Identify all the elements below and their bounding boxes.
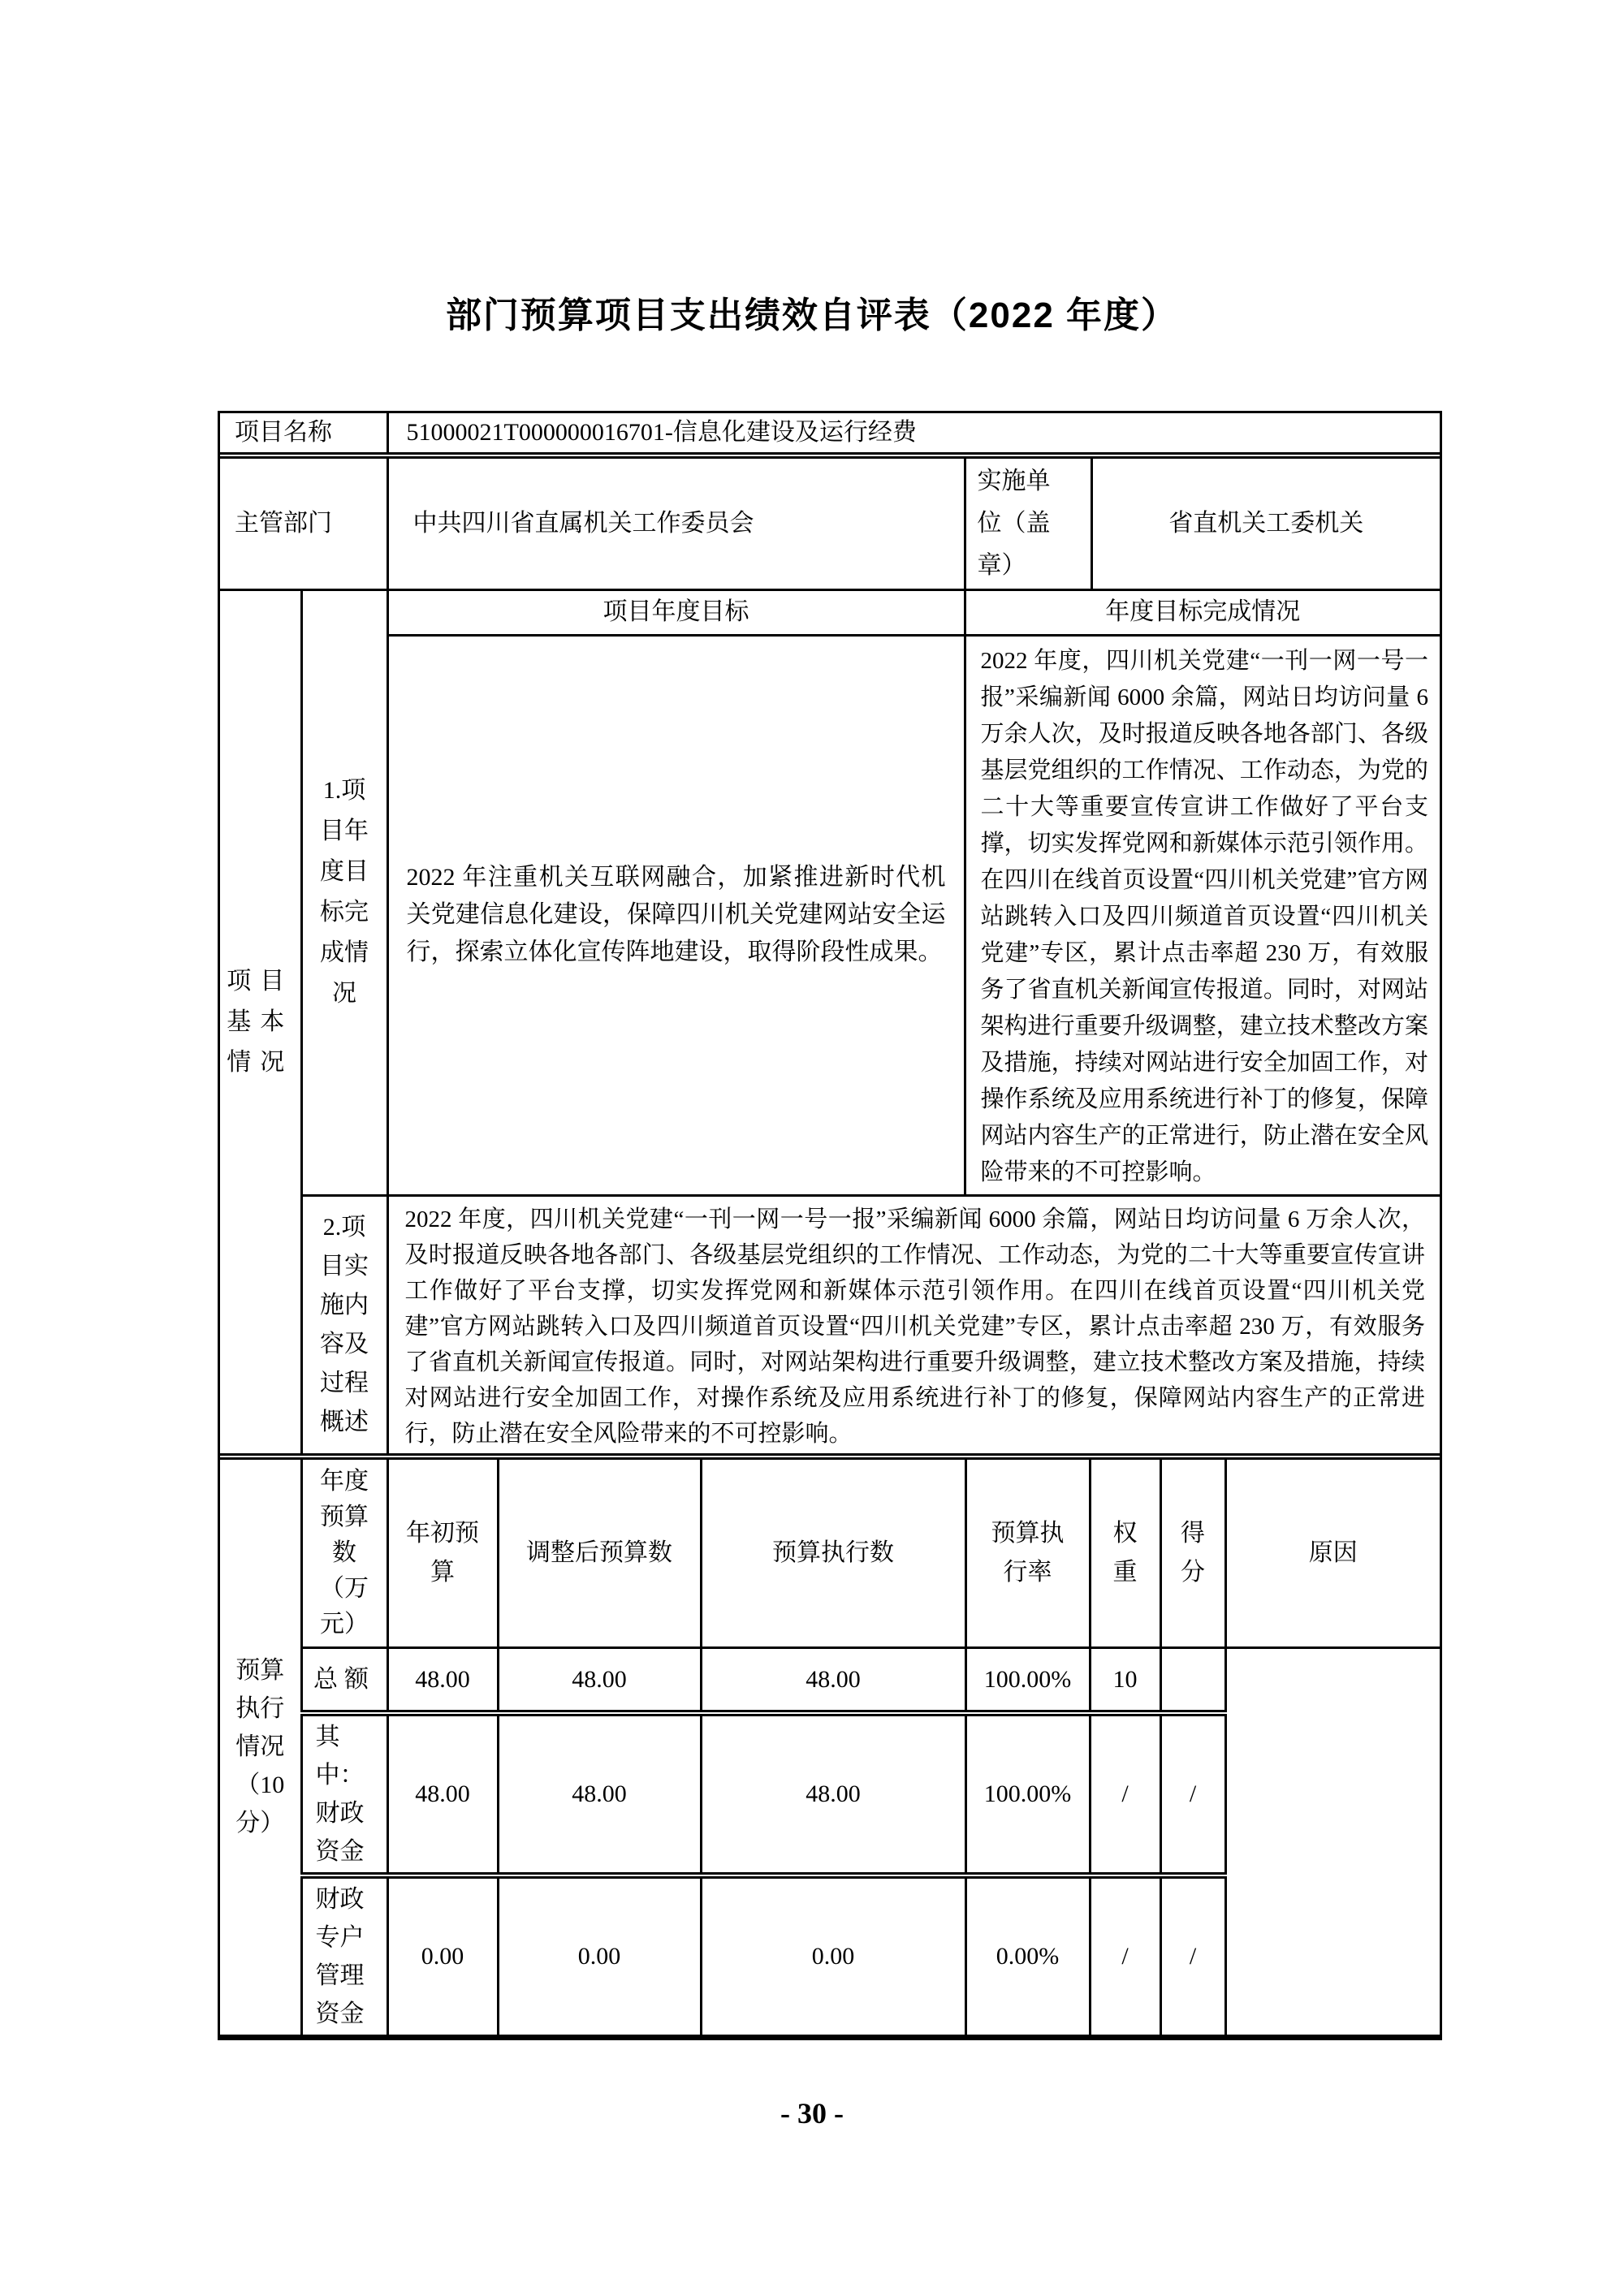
table-row: 项目名称 51000021T000000016701-信息化建设及运行经费 bbox=[220, 413, 1440, 455]
initial-budget-header: 年初预 算 bbox=[387, 1460, 498, 1648]
budget-header-row: 预算 执行 情况 （10 分） 年度 预算 数 （万 元） 年初预 算 调整后预… bbox=[220, 1460, 1440, 1648]
adjusted-budget-header: 调整后预算数 bbox=[498, 1460, 701, 1648]
score-value bbox=[1160, 1648, 1225, 1713]
initial-value: 0.00 bbox=[387, 1875, 498, 2035]
document-page: 部门预算项目支出绩效自评表（2022 年度） 项目名称 51000021T000… bbox=[0, 0, 1624, 2296]
budget-section-label: 预算 执行 情况 （10 分） bbox=[220, 1460, 301, 2035]
table-row: 主管部门 中共四川省直属机关工作委员会 实施单 位（盖 章） 省直机关工委机关 bbox=[220, 455, 1440, 589]
adjusted-value: 48.00 bbox=[498, 1713, 701, 1875]
impl-unit-value: 省直机关工委机关 bbox=[1091, 455, 1440, 589]
rate-value: 100.00% bbox=[965, 1713, 1090, 1875]
score-value: / bbox=[1160, 1875, 1225, 2035]
rate-value: 0.00% bbox=[965, 1875, 1090, 2035]
executed-value: 0.00 bbox=[701, 1875, 965, 2035]
project-name-label: 项目名称 bbox=[220, 413, 387, 455]
rate-value: 100.00% bbox=[965, 1648, 1090, 1713]
table-row: 2022 年注重机关互联网融合，加紧推进新时代机关党建信息化建设，保障四川机关党… bbox=[220, 635, 1440, 1195]
initial-value: 48.00 bbox=[387, 1648, 498, 1713]
adjusted-value: 0.00 bbox=[498, 1875, 701, 2035]
execution-rate-header: 预算执 行率 bbox=[965, 1460, 1090, 1648]
adjusted-value: 48.00 bbox=[498, 1648, 701, 1713]
budget-table: 预算 执行 情况 （10 分） 年度 预算 数 （万 元） 年初预 算 调整后预… bbox=[220, 1460, 1440, 2035]
page-title: 部门预算项目支出绩效自评表（2022 年度） bbox=[0, 286, 1624, 338]
annual-goal-text: 2022 年注重机关互联网融合，加紧推进新时代机关党建信息化建设，保障四川机关党… bbox=[387, 635, 965, 1195]
basic-info-table: 项目 基本 情况 1.项 目年 度目 标完 成情 况 项目年度目标 年度目标完成… bbox=[220, 589, 1440, 1460]
weight-value: / bbox=[1090, 1713, 1160, 1875]
sub2-text: 2022 年度，四川机关党建“一刊一网一号一报”采编新闻 6000 余篇，网站日… bbox=[387, 1195, 1440, 1457]
sub2-label: 2.项 目实 施内 容及 过程 概述 bbox=[301, 1195, 387, 1457]
goal-completion-text: 2022 年度，四川机关党建“一刊一网一号一报”采编新闻 6000 余篇，网站日… bbox=[965, 635, 1440, 1195]
initial-value: 48.00 bbox=[387, 1713, 498, 1875]
reason-header: 原因 bbox=[1225, 1460, 1440, 1648]
row-label: 其 中： 财政 资金 bbox=[301, 1713, 387, 1875]
row-label: 总额 bbox=[301, 1648, 387, 1713]
self-evaluation-table: 项目名称 51000021T000000016701-信息化建设及运行经费 主管… bbox=[218, 411, 1442, 2040]
executed-value: 48.00 bbox=[701, 1713, 965, 1875]
annual-goal-header: 项目年度目标 bbox=[387, 589, 965, 635]
score-value: / bbox=[1160, 1713, 1225, 1875]
supervisor-label: 主管部门 bbox=[220, 455, 387, 589]
weight-header: 权 重 bbox=[1090, 1460, 1160, 1648]
budget-row-total: 总额 48.00 48.00 48.00 100.00% 10 bbox=[220, 1648, 1440, 1713]
sub1-label: 1.项 目年 度目 标完 成情 况 bbox=[301, 589, 387, 1195]
reason-empty-cell bbox=[1225, 1648, 1440, 2035]
row-label: 财政 专户 管理 资金 bbox=[301, 1875, 387, 2035]
basic-section-label: 项目 基本 情况 bbox=[220, 589, 301, 1457]
supervisor-value: 中共四川省直属机关工作委员会 bbox=[387, 455, 965, 589]
executed-value: 48.00 bbox=[701, 1648, 965, 1713]
weight-value: 10 bbox=[1090, 1648, 1160, 1713]
executed-budget-header: 预算执行数 bbox=[701, 1460, 965, 1648]
project-name-value: 51000021T000000016701-信息化建设及运行经费 bbox=[387, 413, 1440, 455]
score-header: 得 分 bbox=[1160, 1460, 1225, 1648]
impl-unit-label: 实施单 位（盖 章） bbox=[965, 455, 1091, 589]
table-row: 2.项 目实 施内 容及 过程 概述 2022 年度，四川机关党建“一刊一网一号… bbox=[220, 1195, 1440, 1457]
table-row: 项目 基本 情况 1.项 目年 度目 标完 成情 况 项目年度目标 年度目标完成… bbox=[220, 589, 1440, 635]
header-rows-table: 项目名称 51000021T000000016701-信息化建设及运行经费 主管… bbox=[220, 413, 1440, 589]
weight-value: / bbox=[1090, 1875, 1160, 2035]
annual-budget-header: 年度 预算 数 （万 元） bbox=[301, 1460, 387, 1648]
page-number: - 30 - bbox=[0, 2096, 1624, 2130]
goal-completion-header: 年度目标完成情况 bbox=[965, 589, 1440, 635]
